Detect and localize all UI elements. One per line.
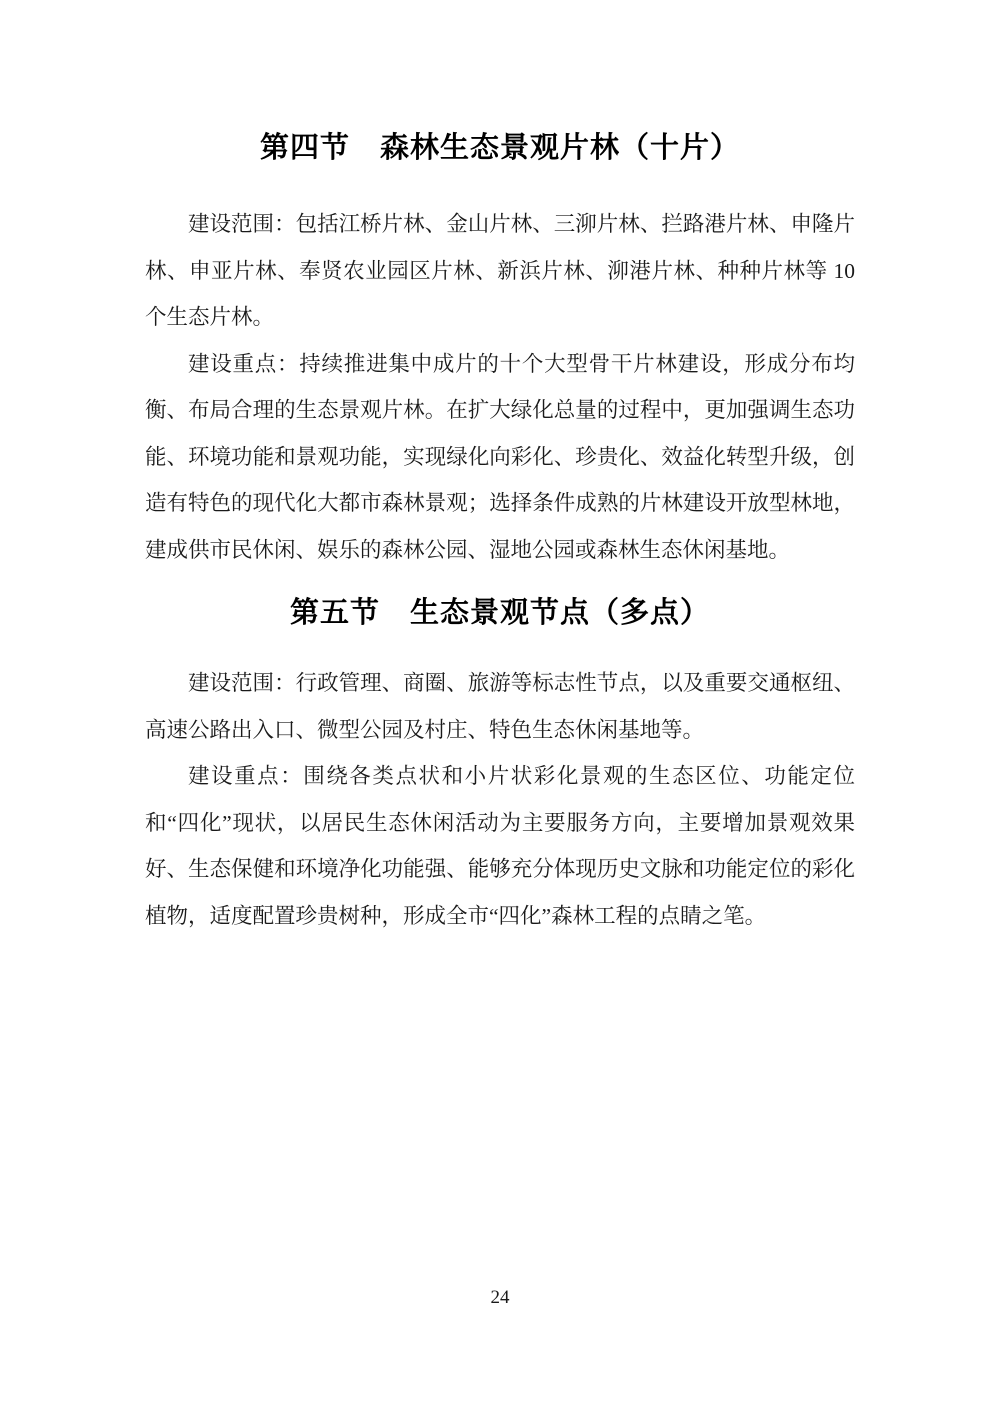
section-heading: 第四节 森林生态景观片林（十片） xyxy=(145,130,855,166)
paragraph-construction-focus: 建设重点：围绕各类点状和小片状彩化景观的生态区位、功能定位和“四化”现状，以居民… xyxy=(145,753,855,939)
section-heading: 第五节 生态景观节点（多点） xyxy=(145,595,855,631)
paragraph-construction-scope: 建设范围：行政管理、商圈、旅游等标志性节点，以及重要交通枢纽、高速公路出入口、微… xyxy=(145,660,855,753)
paragraph-construction-scope: 建设范围：包括江桥片林、金山片林、三泖片林、拦路港片林、申隆片林、申亚片林、奉贤… xyxy=(145,201,855,341)
section-forest-scenic-patches: 第四节 森林生态景观片林（十片） 建设范围：包括江桥片林、金山片林、三泖片林、拦… xyxy=(145,130,855,573)
paragraph-construction-focus: 建设重点：持续推进集中成片的十个大型骨干片林建设，形成分布均衡、布局合理的生态景… xyxy=(145,341,855,574)
page-number: 24 xyxy=(0,1286,1000,1310)
document-page: 第四节 森林生态景观片林（十片） 建设范围：包括江桥片林、金山片林、三泖片林、拦… xyxy=(0,0,1000,1414)
section-ecological-landscape-nodes: 第五节 生态景观节点（多点） 建设范围：行政管理、商圈、旅游等标志性节点，以及重… xyxy=(145,595,855,939)
